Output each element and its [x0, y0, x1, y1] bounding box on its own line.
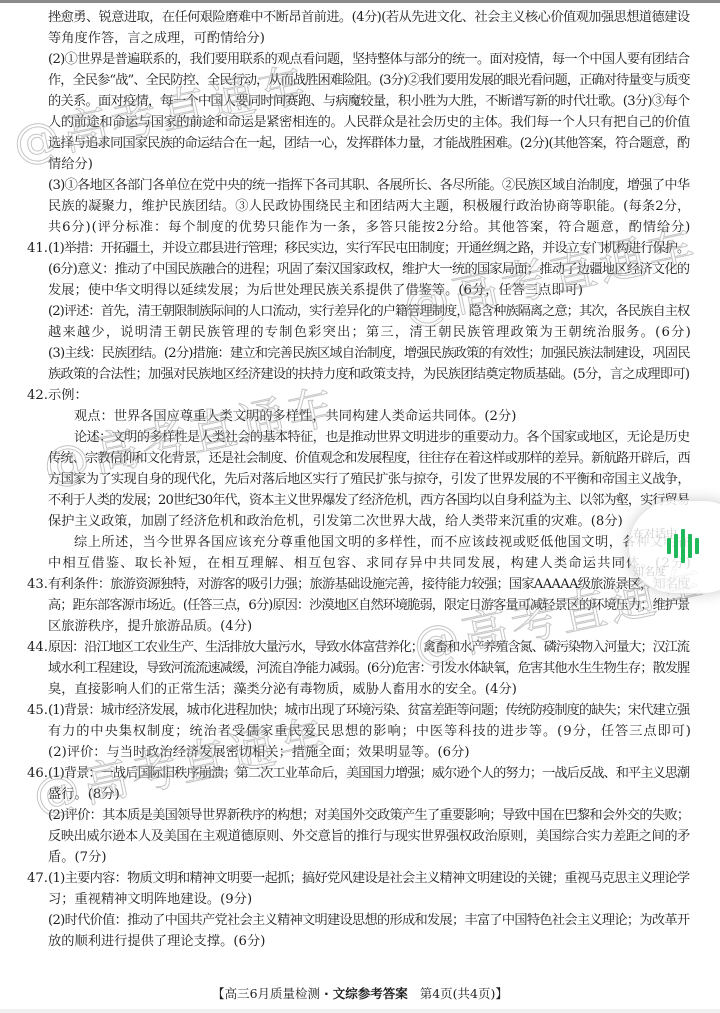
answer-text-line: 放的顺利进行提供了理论支撑。(6分) [48, 932, 265, 952]
footer-subject: 文综参考答案 [333, 986, 408, 1001]
answer-text-line: 区旅游秩序，提升旅游品质。(4分) [48, 617, 252, 637]
answer-text-line: (1)背景：城市经济发展，城市化进程加快；城市出现了环境污染、贫富差距等问题；传… [48, 701, 689, 721]
answer-text-line: (3)主线：民族团结。(2分)措施：建立和完善民族区域自治制度，增强民族政策的有… [48, 344, 690, 364]
question-number: 41. [27, 239, 48, 259]
answer-text-line: 族政策的合法性；加强对民族地区经济建设的扶持力度和政策支持，为民族团结奠定物质基… [48, 365, 689, 385]
answer-text-line: 习；重视精神文明阵地建设。(9分) [48, 890, 252, 910]
answer-text-line: 民族的凝聚力，维护民族团结。③人民政协围绕民主和团结两大主题，积极履行政治协商等… [48, 197, 691, 217]
answer-text-line: 传统、宗教信仰和文化背景，还是社会制度、价值观念和发展程度，往往存在着这样或那样… [48, 449, 690, 469]
answer-text-line: 反映出威尔逊本人及美国在主观道德原则、外交意旨的推行与现实世界强权政治原则，美国… [48, 827, 690, 847]
answer-text-line: 域水利工程建设，导致河流流速减缓，河流自净能力减弱。(6分)危害：引发水体缺氧，… [48, 659, 689, 679]
answer-text-line: 等角度作答，言之成理，可酌情给分) [48, 29, 265, 49]
audio-wave-icon [667, 529, 701, 563]
answer-text-line: 综上所述，当今世界各国应该充分尊重他国文明的多样性，而不应该歧视或贬低他国文明，… [74, 533, 691, 553]
answer-text-line: (2)时代价值：推动了中国共产党社会主义精神文明建设思想的形成和发展；丰富了中国… [48, 911, 689, 931]
answer-text-line: (3)①各地区各部门各单位在党中央的统一指挥下各司其职、各展所长、各尽所能。②民… [48, 176, 689, 196]
answer-text-line: 情给分) [48, 155, 93, 175]
answer-text-line: (6分)意义：推动了中国民族融合的进程；巩固了秦汉国家政权，维护大一统的国家局面… [48, 260, 689, 280]
question-number: 44. [27, 638, 48, 658]
answer-text-line: 保护主义政策，加剧了经济危机和政治危机，引发第二次世界大战，给人类带来沉重的灾难… [48, 512, 623, 532]
answer-text-line: 盛行。(8分) [48, 785, 120, 805]
answer-text-line: 挫愈勇、锐意进取，在任何艰险磨难中不断昂首前进。(4分)(若从先进文化、社会主义… [48, 8, 689, 28]
answer-text-line: 的关系。面对疫情，每一个中国人要同时间赛跑、与病魔较量，积小胜为大胜，不断谱写新… [48, 92, 689, 112]
question-number: 42. [27, 386, 48, 406]
bottom-border [0, 1009, 720, 1013]
answer-text-line: 观点：世界各国应尊重人类文明的多样性，共同构建人类命运共同体。(2分) [74, 407, 516, 427]
footer-page-number: 第4页(共4页)】 [420, 986, 508, 1001]
answer-text-line: 盾。(7分) [48, 848, 107, 868]
answer-text-line: 不利于人类的发展；20世纪30年代，资本主义世界爆发了经济危机，西方各国均以自身… [48, 491, 689, 511]
answer-text-line: (2)评价：其本质是美国领导世界新秩序的构想；对美国外交政策产生了重要影响；导致… [48, 806, 689, 826]
answer-text-line: 有力的中央集权制度；统治者受儒家重民爱民思想的影响；中医等科技的进步等。(9分，… [48, 722, 692, 742]
answer-text-line: 论述：文明的多样性是人类社会的基本特征，也是推动世界文明进步的重要动力。各个国家… [74, 428, 690, 448]
page-footer: 【高三6月质量检测 · 文综参考答案 第4页(共4页)】 [0, 985, 720, 1003]
ghost-text: 知名度 [633, 563, 666, 579]
answer-text-line: 原因：沿江地区工农业生产、生活排放大量污水，导致水体富营养化；禽畜和水产养殖含氮… [48, 638, 689, 658]
answer-text-line: (1)举措：开拓疆土，并设立郡县进行管理；移民实边，实行军民屯田制度；开通丝绸之… [48, 239, 689, 259]
answer-text-line: 发展；使中华文明得以延续发展；为后世处理民族关系提供了借鉴等。(6分，任答三点即… [48, 281, 583, 301]
answer-text-line: (2)评价：与当时政治经济发展密切相关；措施全面；效果明显等。(6分) [48, 743, 470, 763]
top-border [0, 0, 720, 3]
question-number: 47. [27, 869, 48, 889]
floating-voice-assistant-button[interactable]: 在对话中 知名度 [628, 500, 720, 594]
answer-text-line: (1)主要内容：物质文明和精神文明要一起抓；搞好党风建设是社会主义精神文明建设的… [48, 869, 689, 889]
answer-text-line: 选择与追求同国家民族的命运结合在一起，团结一心，发挥群体力量，才能战胜困难。(2… [48, 134, 689, 154]
question-number: 46. [27, 764, 48, 784]
answer-text-line: 示例： [48, 386, 88, 406]
answer-text-line: 有利条件：旅游资源独特，对游客的吸引力强；旅游基础设施完善，接待能力较强；国家A… [48, 575, 690, 595]
answer-text-line: 越来越少，说明清王朝民族管理的专制色彩突出；第三，清王朝民族管理政策为王朝统治服… [48, 323, 692, 343]
answer-text-line: 高；距东部客源市场近。(任答三点，6分)原因：沙漠地区自然环境脆弱，限定日游客量… [48, 596, 689, 616]
question-number: 45. [27, 701, 48, 721]
answer-text-line: 作，全民参“战”、全民防控、全民行动，从而战胜困难险阻。(3分)②我们要用发展的… [48, 71, 690, 91]
footer-exam-title: 【高三6月质量检测 [212, 986, 320, 1001]
answer-text-line: (2)①世界是普遍联系的，我们要用联系的观点看问题，坚持整体与部分的统一。面对疫… [48, 50, 689, 70]
answer-text-line: 方国家为了实现自身的现代化，先后对落后地区实行了殖民扩张与掠夺，引发了世界发展的… [48, 470, 690, 490]
answer-text-line: 中相互借鉴、取长补短，在相互理解、相互包容、求同存异中共同发展，构建人类命运共同… [48, 554, 692, 574]
footer-dot: · [324, 986, 329, 1001]
answer-text-line: 臭，直接影响人们的正常生活；藻类分泌有毒物质，威胁人畜用水的安全。(4分) [48, 680, 517, 700]
question-number: 43. [27, 575, 48, 595]
answer-text-line: 共6分)(评分标准：每个制度的优势只能作为一条，多答只能按2分给。其他答案，符合… [48, 218, 691, 238]
answer-text-line: (2)评述：首先，清王朝限制族际间的人口流动，实行差异化的户籍管理制度，隐含种族… [48, 302, 689, 322]
answer-text-line: (1)背景：一战后国际旧秩序崩溃；第二次工业革命后，美国国力增强；威尔逊个人的努… [48, 764, 689, 784]
answer-text-line: 人的前途和命运与国家的前途和命运是紧密相连的。人民群众是社会历史的主体。我们每一… [48, 113, 690, 133]
